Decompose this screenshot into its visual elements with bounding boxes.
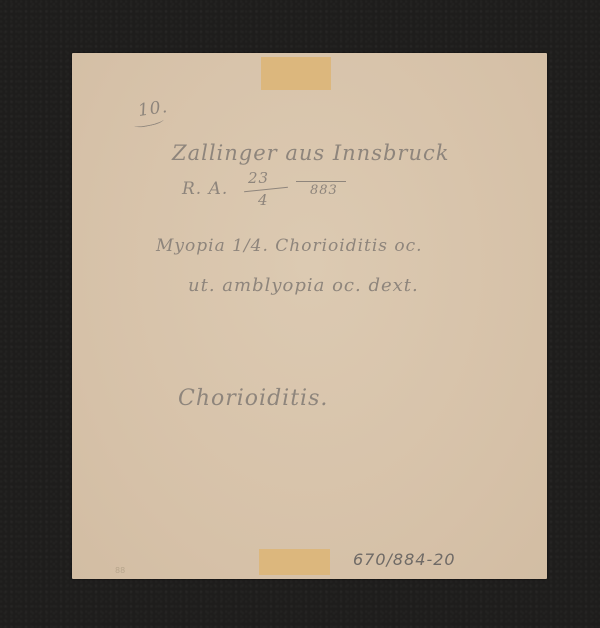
diagnosis-line-2: ut. amblyopia oc. dext. [188,275,419,296]
patient-name-line: Zallinger aus Innsbruck [172,141,449,165]
tape-top [261,57,331,90]
date-day: 23 [248,169,269,187]
corner-mark: 88 [115,566,125,575]
diagnosis-line-1: Myopia 1/4. Chorioiditis oc. [156,236,423,256]
tape-bottom [259,549,330,575]
date-month: 4 [258,191,269,209]
summary-diagnosis: Chorioiditis. [178,386,328,411]
catalog-number: 670/884-20 [353,550,456,569]
record-prefix: R. A. [182,179,228,199]
index-card: 10. Zallinger aus Innsbruck R. A. 23 4 8… [72,53,547,579]
date-year: 883 [310,183,338,198]
year-bar [296,181,346,182]
